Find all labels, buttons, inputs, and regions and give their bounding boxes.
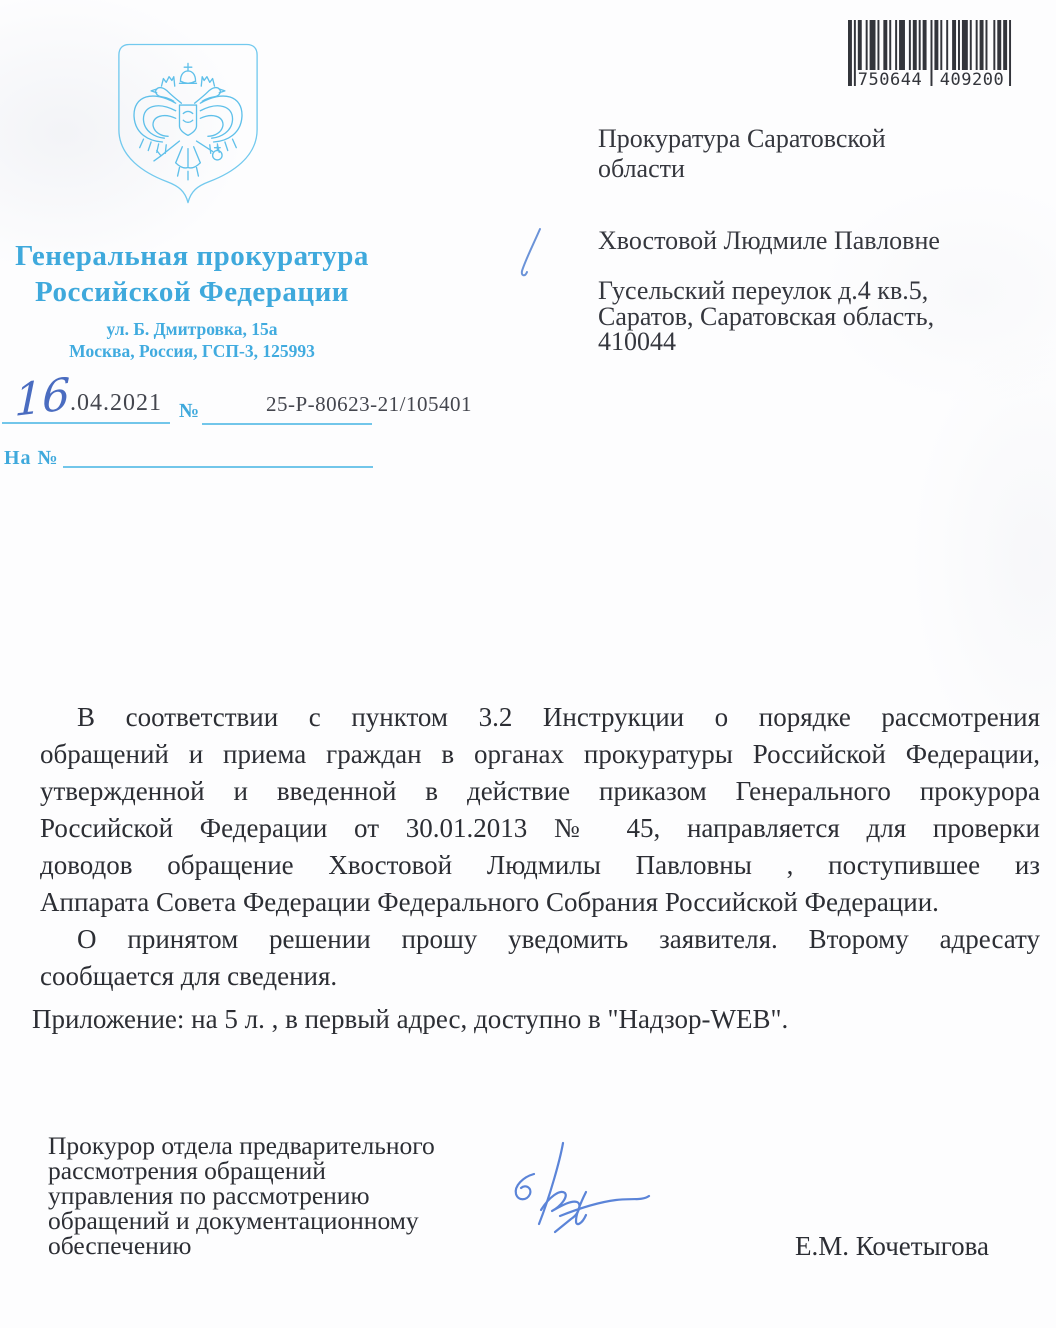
number-sign: № — [179, 400, 199, 423]
org-name-line1: Генеральная прокуратура — [8, 238, 376, 274]
body-line: Российской Федерации от 30.01.2013 № 45,… — [40, 810, 1040, 847]
body-line: доводов обращение Хвостовой Людмилы Павл… — [40, 847, 1040, 884]
recipient-address: Гусельский переулок д.4 кв.5, Саратов, С… — [598, 278, 934, 355]
org-address-line2: Москва, Россия, ГСП-3, 125993 — [8, 340, 376, 362]
recipient-person: Хвостовой Людмиле Павловне — [598, 226, 940, 256]
signer-name: Е.М. Кочетыгова — [795, 1231, 989, 1262]
org-name-line2: Российской Федерации — [8, 274, 376, 310]
org-address: ул. Б. Дмитровка, 15а Москва, Россия, ГС… — [8, 318, 376, 362]
body-line: утвержденной и введенной в действие прик… — [40, 773, 1040, 810]
signer-title: Прокурор отдела предварительного рассмот… — [48, 1133, 528, 1258]
svg-text:409200: 409200 — [940, 70, 1004, 90]
body-line: сообщается для сведения. — [40, 958, 1040, 995]
outgoing-number: 25-Р-80623-21/105401 — [266, 392, 472, 417]
handwritten-day: 16 — [14, 369, 70, 427]
barcode-svg: 750644409200 — [848, 20, 1013, 90]
scanned-letter-page: Генеральная прокуратура Российской Федер… — [0, 0, 1056, 1328]
barcode: 750644409200 — [848, 20, 1013, 90]
date-typed: .04.2021 — [70, 390, 162, 417]
date-underline — [2, 422, 170, 424]
recipient-org: Прокуратура Саратовской области — [598, 124, 1018, 184]
body-line: В соответствии с пунктом 3.2 Инструкции … — [40, 699, 1040, 736]
incoming-ref-label: На № — [4, 447, 59, 470]
incoming-ref-underline — [63, 466, 373, 468]
body-line: Аппарата Совета Федерации Федерального С… — [40, 884, 1040, 921]
body-line: О принятом решении прошу уведомить заяви… — [40, 921, 1040, 958]
recipient-block: Прокуратура Саратовской области Хвостово… — [598, 124, 1018, 184]
number-underline — [202, 423, 372, 425]
body-line: обращений и приема граждан в органах про… — [40, 736, 1040, 773]
russia-coat-of-arms-emblem — [117, 38, 259, 210]
svg-text:750644: 750644 — [858, 70, 922, 90]
handwritten-signature — [500, 1138, 652, 1240]
attachment-note: Приложение: на 5 л. , в первый адрес, до… — [32, 1004, 1032, 1035]
handwritten-tick-mark — [516, 226, 542, 280]
org-address-line1: ул. Б. Дмитровка, 15а — [8, 318, 376, 340]
letter-body: В соответствии с пунктом 3.2 Инструкции … — [40, 699, 1040, 995]
org-name: Генеральная прокуратура Российской Федер… — [8, 238, 376, 310]
